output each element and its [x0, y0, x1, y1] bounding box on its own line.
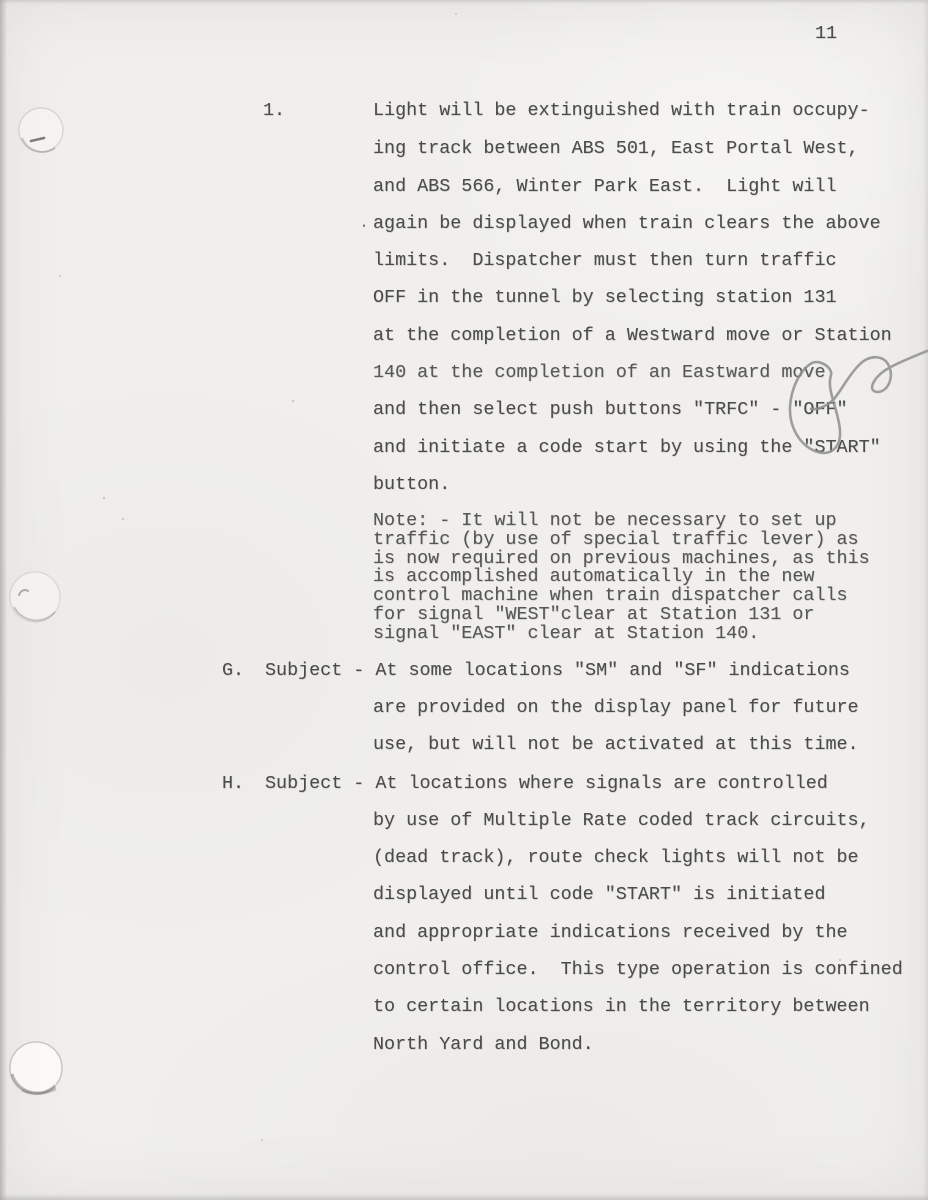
- paragraph-line: displayed until code "START" is initiate…: [373, 884, 825, 906]
- section-label-g: G.: [222, 660, 244, 682]
- paragraph-line: Light will be extinguished with train oc…: [373, 100, 870, 122]
- paragraph-line: ing track between ABS 501, East Portal W…: [373, 138, 859, 160]
- note-line: signal "EAST" clear at Station 140.: [373, 623, 759, 645]
- paragraph-line: limits. Dispatcher must then turn traffi…: [373, 250, 837, 272]
- paragraph-line: North Yard and Bond.: [373, 1034, 594, 1056]
- subject-line: Subject - At some locations "SM" and "SF…: [265, 660, 850, 682]
- paragraph-line: at the completion of a Westward move or …: [373, 325, 892, 347]
- paragraph-line: and appropriate indications received by …: [373, 922, 848, 944]
- hole-punch: [10, 1042, 62, 1094]
- paragraph-line: again be displayed when train clears the…: [373, 213, 881, 235]
- paragraph-line: and then select push buttons "TRFC" - "O…: [373, 399, 848, 421]
- page-number: 11: [815, 23, 837, 45]
- paragraph-line: use, but will not be activated at this t…: [373, 734, 859, 756]
- paragraph-line: to certain locations in the territory be…: [373, 996, 870, 1018]
- paragraph-line: control office. This type operation is c…: [373, 959, 903, 981]
- subject-line: Subject - At locations where signals are…: [265, 773, 828, 795]
- hole-punch: [19, 108, 63, 152]
- paragraph-line: are provided on the display panel for fu…: [373, 697, 859, 719]
- paragraph-line: by use of Multiple Rate coded track circ…: [373, 810, 870, 832]
- pencil-dash-mark: [31, 138, 44, 141]
- paragraph-line: and initiate a code start by using the "…: [373, 437, 881, 459]
- paragraph-line: button.: [373, 474, 450, 496]
- paragraph-line: 140 at the completion of an Eastward mov…: [373, 362, 825, 384]
- paragraph-line: (dead track), route check lights will no…: [373, 847, 859, 869]
- hole-punch: [10, 572, 60, 622]
- paragraph-line: OFF in the tunnel by selecting station 1…: [373, 287, 837, 309]
- stray-mark: ·: [360, 215, 368, 237]
- pencil-tick-mark: [19, 590, 28, 595]
- scan-edge-top: [0, 0, 928, 4]
- scan-edge-right: [923, 0, 928, 1200]
- section-label-h: H.: [222, 773, 244, 795]
- paragraph-line: and ABS 566, Winter Park East. Light wil…: [373, 176, 837, 198]
- list-item-number: 1.: [263, 100, 285, 122]
- scan-edge-left: [0, 0, 7, 1200]
- scan-edge-bottom: [0, 1194, 928, 1200]
- document-page: 11 1. Light will be extinguished with tr…: [0, 0, 928, 1200]
